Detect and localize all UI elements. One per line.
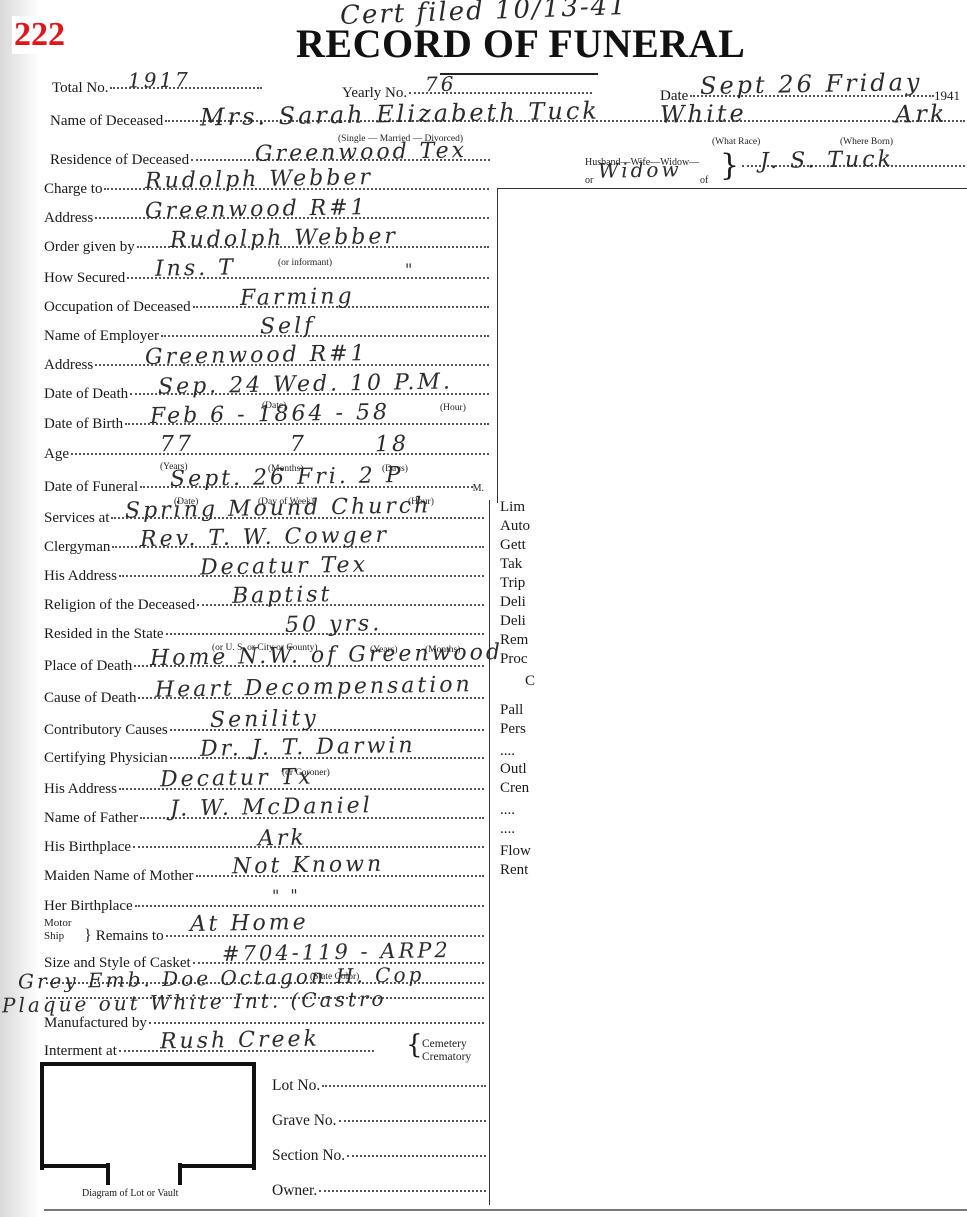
- occupation-value: Farming: [240, 284, 355, 311]
- residence-label: Residence of Deceased: [50, 152, 189, 169]
- date-year-suffix: 1: [954, 88, 961, 104]
- yearly-no-value: 76: [425, 72, 457, 97]
- mother-value: Not Known: [232, 852, 385, 880]
- how-secured-value: Ins. T: [155, 255, 236, 281]
- total-no-label: Total No.: [52, 80, 108, 97]
- race-hint: (What Race): [712, 137, 760, 147]
- charge-to-value: Rudolph Webber: [145, 165, 373, 194]
- religion-value: Baptist: [232, 582, 333, 609]
- race-value: White: [660, 99, 747, 129]
- order-given-value: Rudolph Webber: [170, 224, 398, 253]
- spouse-of-label: of: [700, 175, 708, 186]
- age-years-value: 77: [160, 432, 194, 458]
- age-days-value: 18: [375, 432, 409, 458]
- employer-address-value: Greenwood R#1: [145, 341, 368, 370]
- born-hint: (Where Born): [840, 137, 893, 147]
- age-months-value: 7: [290, 432, 307, 457]
- lot-diagram-box: [40, 1062, 256, 1170]
- clergy-address-value: Decatur Tex: [200, 553, 368, 581]
- address-value: Greenwood R#1: [145, 195, 368, 224]
- ship-label: Ship: [44, 930, 64, 942]
- date-of-death-value: Sep. 24 Wed. 10 P.M.: [158, 369, 453, 399]
- death-hour-hint: (Hour): [440, 403, 466, 413]
- date-of-birth-value: Feb 6 - 1864 - 58: [150, 400, 390, 429]
- date-value: Sept 26 Friday: [700, 68, 923, 100]
- resided-value: 50 yrs.: [285, 611, 383, 638]
- diagram-caption: Diagram of Lot or Vault: [82, 1188, 178, 1199]
- physician-address-value: Decatur Tx: [160, 765, 314, 793]
- informant-hint: (or informant): [278, 258, 332, 268]
- page-title: RECORD OF FUNERAL: [296, 20, 745, 67]
- cemetery-option: Cemetery: [422, 1038, 467, 1050]
- physician-value: Dr. J. T. Darwin: [200, 733, 416, 762]
- father-value: J. W. McDaniel: [170, 793, 373, 822]
- date-of-funeral-value: Sept. 26 Fri. 2 P: [170, 463, 404, 492]
- name-label: Name of Deceased: [50, 113, 163, 130]
- how-secured-ditto: ": [405, 260, 416, 279]
- clergyman-value: Rev. T. W. Cowger: [140, 523, 390, 552]
- crematory-option: Crematory: [422, 1051, 471, 1063]
- owner-row: Owner.: [272, 1182, 486, 1200]
- lot-no-row: Lot No.: [272, 1077, 486, 1095]
- page-number: 222: [12, 16, 67, 54]
- mother-birthplace-value: " ": [272, 886, 301, 906]
- born-value: Ark: [895, 100, 948, 129]
- spouse-name-value: J. S. Tuck: [760, 147, 894, 174]
- section-no-row: Section No.: [272, 1147, 486, 1165]
- how-secured-row: How Secured: [44, 270, 489, 287]
- contributory-value: Senility: [210, 706, 319, 733]
- grave-no-row: Grave No.: [272, 1112, 486, 1130]
- residence-value: Greenwood Tex: [255, 138, 467, 167]
- employer-value: Self: [260, 314, 316, 340]
- bottom-rule: [44, 1209, 967, 1211]
- motor-label: Motor: [44, 918, 72, 929]
- age-row: Age: [44, 446, 489, 463]
- interment-value: Rush Creek: [160, 1027, 320, 1055]
- spouse-type-value: Widow: [598, 157, 682, 182]
- total-no-value: 1917: [128, 67, 191, 92]
- title-underline: [440, 73, 598, 75]
- father-birthplace-value: Ark: [258, 826, 307, 852]
- spouse-or-label: or: [585, 175, 593, 186]
- scan-edge-shadow: [0, 0, 40, 1217]
- services-at-value: Spring Mound Church: [125, 493, 432, 523]
- remains-to-value: At Home: [190, 910, 309, 937]
